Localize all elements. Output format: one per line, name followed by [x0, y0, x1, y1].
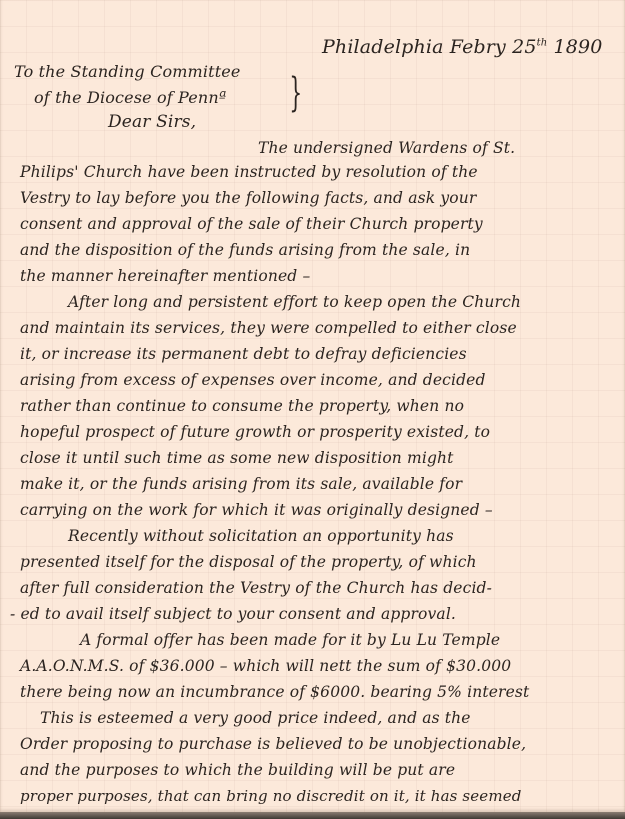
addressee-line-2: of the Diocese of Pennª	[34, 88, 227, 107]
body-line: and the purposes to which the building w…	[20, 761, 455, 779]
body-line: close it until such time as some new dis…	[20, 449, 454, 467]
body-line: A formal offer has been made for it by L…	[80, 631, 500, 649]
body-line: after full consideration the Vestry of t…	[20, 579, 492, 597]
body-line: it, or increase its permanent debt to de…	[20, 345, 467, 363]
body-line: The undersigned Wardens of St.	[258, 139, 515, 157]
date-suffix: th	[537, 38, 548, 49]
body-line: arising from excess of expenses over inc…	[20, 371, 486, 389]
body-line: carrying on the work for which it was or…	[20, 501, 493, 519]
body-line: the manner hereinafter mentioned –	[20, 267, 310, 285]
addressee-line-1: To the Standing Committee	[14, 62, 241, 81]
body-line: and maintain its services, they were com…	[20, 319, 517, 337]
brace-mark: }	[289, 70, 302, 116]
page-bottom-edge	[0, 812, 625, 819]
body-line: A.A.O.N.M.S. of $36.000 – which will net…	[20, 657, 511, 675]
body-line: and the disposition of the funds arising…	[20, 241, 470, 259]
body-line: Recently without solicitation an opportu…	[68, 527, 454, 545]
body-line: hopeful prospect of future growth or pro…	[20, 423, 490, 441]
body-line: After long and persistent effort to keep…	[68, 293, 521, 311]
body-line: Vestry to lay before you the following f…	[20, 189, 476, 207]
body-line: make it, or the funds arising from its s…	[20, 475, 462, 493]
body-line: This is esteemed a very good price indee…	[40, 709, 471, 727]
body-line: Order proposing to purchase is believed …	[20, 735, 526, 753]
letter-page: Philadelphia Febry 25th 1890 To the Stan…	[0, 0, 625, 812]
place-date: Philadelphia Febry 25th 1890	[322, 36, 603, 58]
body-line: proper purposes, that can bring no discr…	[20, 787, 521, 805]
salutation: Dear Sirs,	[108, 112, 196, 132]
body-line: rather than continue to consume the prop…	[20, 397, 464, 415]
body-line: consent and approval of the sale of thei…	[20, 215, 483, 233]
body-line: - ed to avail itself subject to your con…	[10, 605, 456, 623]
body-line: Philips' Church have been instructed by …	[20, 163, 478, 181]
body-line: there being now an incumbrance of $6000.…	[20, 683, 529, 701]
year: 1890	[554, 36, 603, 58]
body-line: presented itself for the disposal of the…	[20, 553, 477, 571]
place-date-text: Philadelphia Febry 25	[322, 36, 537, 58]
